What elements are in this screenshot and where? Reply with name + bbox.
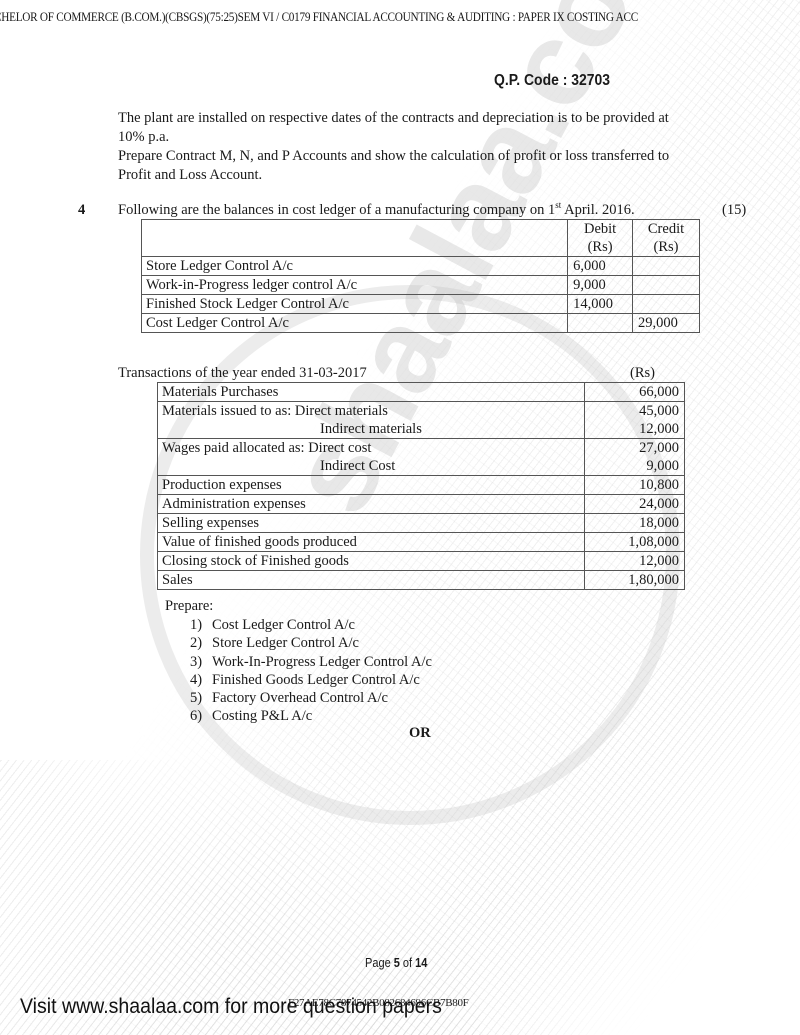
transaction-value: 1,08,000 bbox=[585, 533, 685, 552]
transaction-value: 12,000 bbox=[585, 552, 685, 571]
intro-line-4: Profit and Loss Account. bbox=[118, 166, 262, 185]
list-item-number: 6) bbox=[190, 707, 212, 725]
table-row: Work-in-Progress ledger control A/c 9,00… bbox=[142, 276, 700, 295]
transaction-value: 1,80,000 bbox=[585, 571, 685, 590]
list-item: 1)Cost Ledger Control A/c bbox=[190, 616, 432, 634]
account-name: Cost Ledger Control A/c bbox=[142, 314, 568, 333]
debit-value: 14,000 bbox=[568, 295, 633, 314]
or-separator: OR bbox=[409, 725, 431, 742]
transaction-sub-value: 9,000 bbox=[646, 458, 679, 474]
transaction-value: 66,000 bbox=[585, 383, 685, 402]
table-row: Store Ledger Control A/c 6,000 bbox=[142, 257, 700, 276]
table-row: Finished Stock Ledger Control A/c 14,000 bbox=[142, 295, 700, 314]
transaction-value: 18,000 bbox=[585, 514, 685, 533]
list-item-text: Work-In-Progress Ledger Control A/c bbox=[212, 654, 432, 670]
transaction-sub-item: Indirect Cost bbox=[162, 457, 580, 475]
list-item-text: Store Ledger Control A/c bbox=[212, 635, 359, 651]
question-number: 4 bbox=[78, 202, 85, 219]
debit-value: 9,000 bbox=[568, 276, 633, 295]
prepare-label: Prepare: bbox=[165, 598, 213, 615]
account-name: Work-in-Progress ledger control A/c bbox=[142, 276, 568, 295]
page-number: Page 5 of 14 bbox=[365, 956, 427, 970]
transaction-sub-item: Indirect materials bbox=[162, 420, 580, 438]
table-row: Materials issued to as: Direct materials… bbox=[158, 402, 685, 439]
transaction-item-main: Materials issued to as: Direct materials bbox=[162, 403, 388, 419]
intro-line-1: The plant are installed on respective da… bbox=[118, 109, 669, 128]
account-name: Finished Stock Ledger Control A/c bbox=[142, 295, 568, 314]
transaction-value-main: 27,000 bbox=[639, 440, 679, 456]
transaction-item: Sales bbox=[158, 571, 585, 590]
transaction-item: Production expenses bbox=[158, 476, 585, 495]
transaction-item: Value of finished goods produced bbox=[158, 533, 585, 552]
list-item: 4)Finished Goods Ledger Control A/c bbox=[190, 671, 432, 689]
transaction-item: Wages paid allocated as: Direct costIndi… bbox=[158, 439, 585, 476]
list-item-number: 3) bbox=[190, 653, 212, 671]
transaction-value: 10,800 bbox=[585, 476, 685, 495]
transactions-table: Materials Purchases 66,000 Materials iss… bbox=[157, 382, 685, 590]
debit-header: Debit(Rs) bbox=[568, 220, 633, 257]
page-total: 14 bbox=[415, 956, 427, 970]
credit-value bbox=[633, 276, 700, 295]
promo-link[interactable]: Visit www.shaalaa.com for more question … bbox=[20, 995, 442, 1019]
table-row: Sales 1,80,000 bbox=[158, 571, 685, 590]
intro-line-2: 10% p.a. bbox=[118, 128, 169, 147]
transaction-value: 27,0009,000 bbox=[585, 439, 685, 476]
balances-table: Debit(Rs) Credit(Rs) Store Ledger Contro… bbox=[141, 219, 700, 333]
list-item: 5)Factory Overhead Control A/c bbox=[190, 689, 432, 707]
transaction-item: Materials issued to as: Direct materials… bbox=[158, 402, 585, 439]
debit-value: 6,000 bbox=[568, 257, 633, 276]
list-item-text: Cost Ledger Control A/c bbox=[212, 617, 355, 633]
account-name: Store Ledger Control A/c bbox=[142, 257, 568, 276]
list-item-number: 2) bbox=[190, 634, 212, 652]
list-item-text: Costing P&L A/c bbox=[212, 708, 312, 724]
watermark-pattern-corner bbox=[0, 760, 480, 1035]
qp-code: Q.P. Code : 32703 bbox=[494, 72, 610, 90]
table-row: Wages paid allocated as: Direct costIndi… bbox=[158, 439, 685, 476]
table-row: Closing stock of Finished goods 12,000 bbox=[158, 552, 685, 571]
table-row: Value of finished goods produced 1,08,00… bbox=[158, 533, 685, 552]
question-text: Following are the balances in cost ledge… bbox=[118, 202, 635, 219]
list-item-text: Factory Overhead Control A/c bbox=[212, 690, 388, 706]
credit-value bbox=[633, 295, 700, 314]
transactions-label: Transactions of the year ended 31-03-201… bbox=[118, 365, 367, 382]
list-item-number: 1) bbox=[190, 616, 212, 634]
transaction-item: Administration expenses bbox=[158, 495, 585, 514]
list-item: 6)Costing P&L A/c bbox=[190, 707, 432, 725]
transactions-unit: (Rs) bbox=[630, 365, 655, 382]
transaction-item: Materials Purchases bbox=[158, 383, 585, 402]
credit-header-unit: (Rs) bbox=[654, 239, 679, 255]
credit-value: 29,000 bbox=[633, 314, 700, 333]
table-row: Selling expenses 18,000 bbox=[158, 514, 685, 533]
table-row: Materials Purchases 66,000 bbox=[158, 383, 685, 402]
list-item: 2)Store Ledger Control A/c bbox=[190, 634, 432, 652]
table-row: Administration expenses 24,000 bbox=[158, 495, 685, 514]
list-item-text: Finished Goods Ledger Control A/c bbox=[212, 672, 420, 688]
table-row: Cost Ledger Control A/c 29,000 bbox=[142, 314, 700, 333]
credit-value bbox=[633, 257, 700, 276]
transaction-item: Selling expenses bbox=[158, 514, 585, 533]
question-marks: (15) bbox=[722, 202, 746, 219]
list-item: 3)Work-In-Progress Ledger Control A/c bbox=[190, 653, 432, 671]
prepare-list: 1)Cost Ledger Control A/c 2)Store Ledger… bbox=[190, 616, 432, 726]
credit-header: Credit(Rs) bbox=[633, 220, 700, 257]
page-prefix: Page bbox=[365, 956, 394, 970]
transaction-value-main: 45,000 bbox=[639, 403, 679, 419]
question-text-main: Following are the balances in cost ledge… bbox=[118, 202, 555, 218]
debit-value bbox=[568, 314, 633, 333]
question-text-date: April. 2016. bbox=[561, 202, 634, 218]
credit-header-label: Credit bbox=[648, 221, 684, 237]
balances-header-row: Debit(Rs) Credit(Rs) bbox=[142, 220, 700, 257]
table-row: Production expenses 10,800 bbox=[158, 476, 685, 495]
transaction-item: Closing stock of Finished goods bbox=[158, 552, 585, 571]
balances-header-blank bbox=[142, 220, 568, 257]
list-item-number: 4) bbox=[190, 671, 212, 689]
debit-header-unit: (Rs) bbox=[588, 239, 613, 255]
debit-header-label: Debit bbox=[584, 221, 616, 237]
course-header: CHELOR OF COMMERCE (B.COM.)(CBSGS)(75:25… bbox=[0, 10, 638, 25]
page-of: of bbox=[400, 956, 415, 970]
list-item-number: 5) bbox=[190, 689, 212, 707]
transaction-value: 45,00012,000 bbox=[585, 402, 685, 439]
intro-line-3: Prepare Contract M, N, and P Accounts an… bbox=[118, 147, 669, 166]
transaction-item-main: Wages paid allocated as: Direct cost bbox=[162, 440, 371, 456]
transaction-value: 24,000 bbox=[585, 495, 685, 514]
transaction-sub-value: 12,000 bbox=[639, 421, 679, 437]
